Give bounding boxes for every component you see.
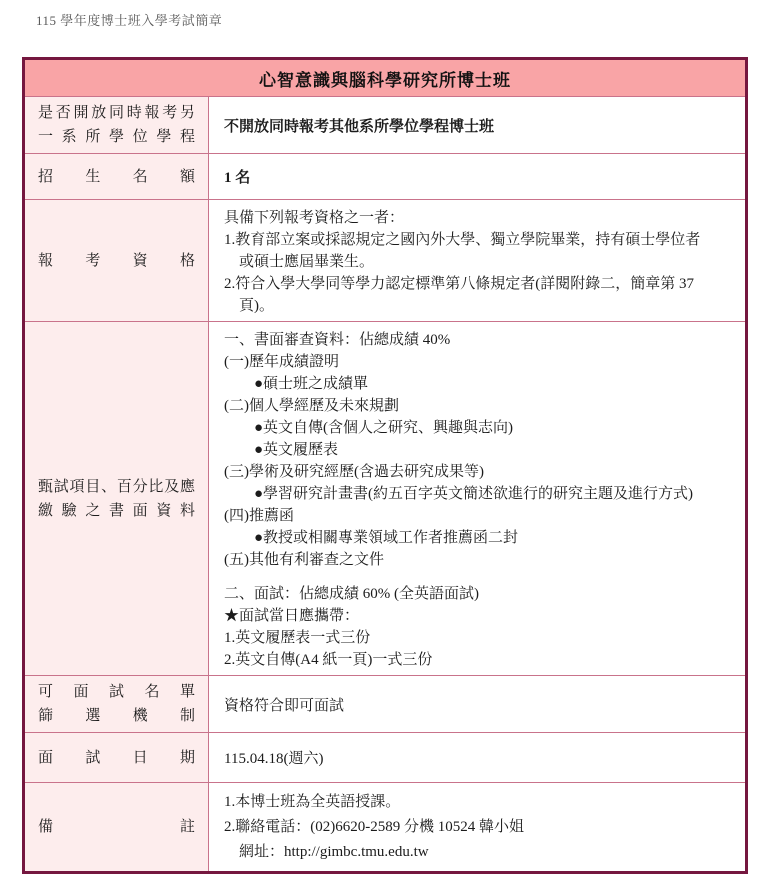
interview-filter-label-line1: 可面試名單 bbox=[38, 680, 195, 704]
notes-text: 1.本博士班為全英語授課。 2.聯絡電話：(02)6620-2589 分機 10… bbox=[224, 790, 735, 865]
eligibility-value-cell: 具備下列報考資格之一者： 1.教育部立案或採認規定之國內外大學、獨立學院畢業，持… bbox=[209, 200, 747, 322]
quota-label: 招生名額 bbox=[38, 165, 195, 189]
quota-value-cell: 1 名 bbox=[209, 154, 747, 200]
cross-apply-label-cell: 是否開放同時報考另 一系所學位學程 bbox=[24, 97, 209, 154]
table-row: 甄試項目、百分比及應 繳驗之書面資料 一、書面審查資料：佔總成績 40% (一)… bbox=[24, 322, 747, 676]
screening-label-line2: 繳驗之書面資料 bbox=[38, 499, 195, 523]
screening-written-review-text: 一、書面審查資料：佔總成績 40% (一)歷年成績證明 ●碩士班之成績單 (二)… bbox=[224, 329, 735, 571]
program-title: 心智意識與腦科學研究所博士班 bbox=[24, 59, 747, 97]
table-row: 招生名額 1 名 bbox=[24, 154, 747, 200]
interview-filter-label-line2: 篩選機制 bbox=[38, 704, 195, 728]
screening-label-cell: 甄試項目、百分比及應 繳驗之書面資料 bbox=[24, 322, 209, 676]
table-row: 備註 1.本博士班為全英語授課。 2.聯絡電話：(02)6620-2589 分機… bbox=[24, 783, 747, 873]
eligibility-label-cell: 報考資格 bbox=[24, 200, 209, 322]
interview-date-label: 面試日期 bbox=[38, 746, 195, 770]
table-row: 心智意識與腦科學研究所博士班 bbox=[24, 59, 747, 97]
document-header: 115 學年度博士班入學考試簡章 bbox=[36, 10, 222, 29]
eligibility-label: 報考資格 bbox=[38, 249, 195, 273]
quota-label-cell: 招生名額 bbox=[24, 154, 209, 200]
notes-label: 備註 bbox=[38, 815, 195, 839]
notes-label-cell: 備註 bbox=[24, 783, 209, 873]
table-row: 是否開放同時報考另 一系所學位學程 不開放同時報考其他系所學位學程博士班 bbox=[24, 97, 747, 154]
eligibility-text: 具備下列報考資格之一者： 1.教育部立案或採認規定之國內外大學、獨立學院畢業，持… bbox=[224, 207, 735, 317]
interview-date-value-cell: 115.04.18(週六) bbox=[209, 733, 747, 783]
interview-date-label-cell: 面試日期 bbox=[24, 733, 209, 783]
program-info-table: 心智意識與腦科學研究所博士班 是否開放同時報考另 一系所學位學程 不開放同時報考… bbox=[22, 57, 748, 874]
interview-filter-label-cell: 可面試名單 篩選機制 bbox=[24, 676, 209, 733]
table-row: 報考資格 具備下列報考資格之一者： 1.教育部立案或採認規定之國內外大學、獨立學… bbox=[24, 200, 747, 322]
cross-apply-label-line2: 一系所學位學程 bbox=[38, 125, 195, 149]
screening-value-cell: 一、書面審查資料：佔總成績 40% (一)歷年成績證明 ●碩士班之成績單 (二)… bbox=[209, 322, 747, 676]
screening-label-line1: 甄試項目、百分比及應 bbox=[38, 475, 195, 499]
table-row: 面試日期 115.04.18(週六) bbox=[24, 733, 747, 783]
table-row: 可面試名單 篩選機制 資格符合即可面試 bbox=[24, 676, 747, 733]
admission-table: 心智意識與腦科學研究所博士班 是否開放同時報考另 一系所學位學程 不開放同時報考… bbox=[22, 57, 748, 874]
screening-interview-text: 二、面試：佔總成績 60% (全英語面試) ★面試當日應攜帶： 1.英文履歷表一… bbox=[224, 583, 735, 671]
cross-apply-label-line1: 是否開放同時報考另 bbox=[38, 101, 195, 125]
notes-value-cell: 1.本博士班為全英語授課。 2.聯絡電話：(02)6620-2589 分機 10… bbox=[209, 783, 747, 873]
interview-filter-value-cell: 資格符合即可面試 bbox=[209, 676, 747, 733]
cross-apply-value-cell: 不開放同時報考其他系所學位學程博士班 bbox=[209, 97, 747, 154]
